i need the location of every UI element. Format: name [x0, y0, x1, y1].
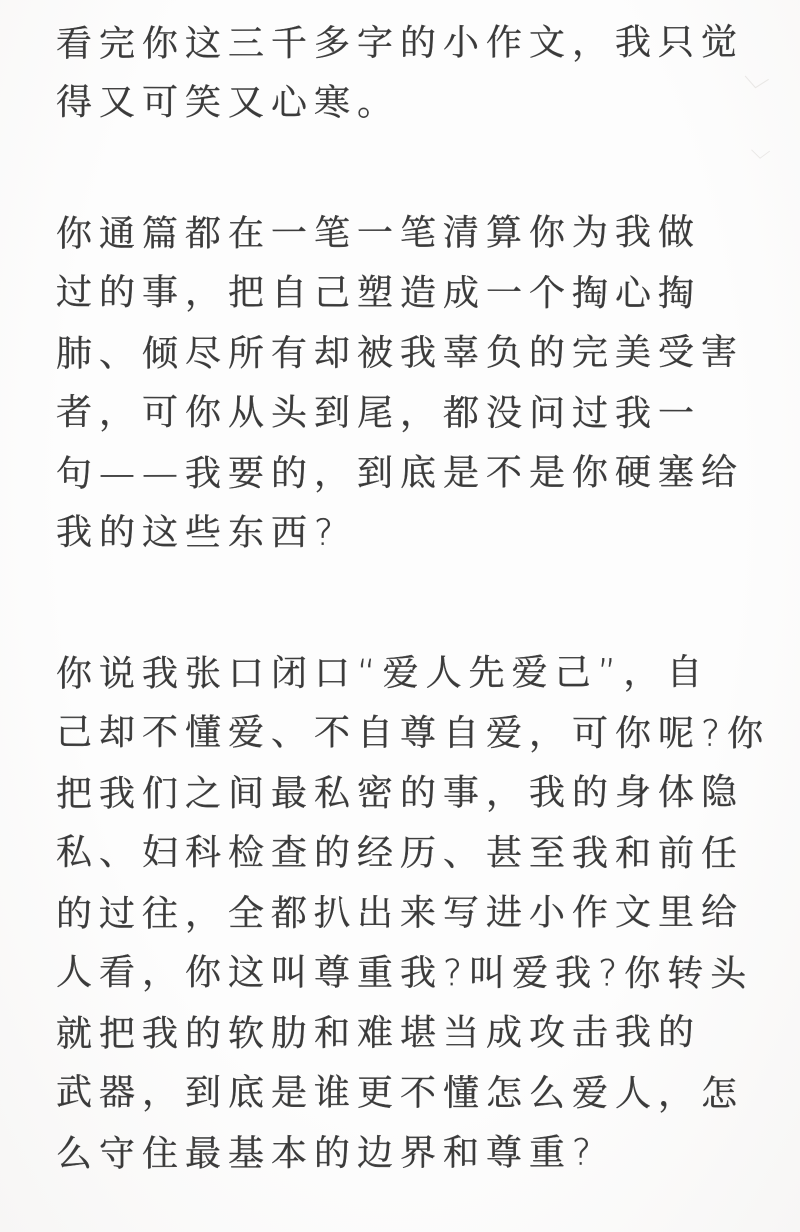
text-line: 过的事，把自己塑造成一个掏心掏 [56, 263, 770, 324]
text-line: 的过往，全都扒出来写进小作文里给 [56, 883, 770, 945]
paragraph-1: 看完你这三千多字的小作文，我只觉 得又可笑又心寒。 [56, 14, 770, 134]
text-line: 得又可笑又心寒。 [56, 73, 770, 134]
handwritten-note-page: ﹀ ﹀ 看完你这三千多字的小作文，我只觉 得又可笑又心寒。 你通篇都在一笔一笔清… [0, 0, 800, 1232]
note-body: 看完你这三千多字的小作文，我只觉 得又可笑又心寒。 你通篇都在一笔一笔清算你为我… [56, 14, 770, 1184]
text-line: 武器，到底是谁更不懂怎么爱人，怎 [56, 1063, 770, 1124]
text-line: 己却不懂爱、不自尊自爱，可你呢?你 [56, 703, 770, 764]
text-line: 者，可你从头到尾，都没问过我一 [56, 383, 770, 444]
text-line: 肺、倾尽所有却被我辜负的完美受害 [56, 323, 770, 385]
paragraph-3: 你说我张口闭口“爱人先爱己”，自 己却不懂爱、不自尊自爱，可你呢?你 把我们之间… [56, 644, 770, 1184]
paragraph-2: 你通篇都在一笔一笔清算你为我做 过的事，把自己塑造成一个掏心掏 肺、倾尽所有却被… [56, 204, 770, 564]
text-line: 句——我要的，到底是不是你硬塞给 [56, 443, 770, 505]
text-line: 你说我张口闭口“爱人先爱己”，自 [56, 643, 770, 705]
text-line: 你通篇都在一笔一笔清算你为我做 [56, 203, 770, 265]
text-line: 把我们之间最私密的事，我的身体隐 [56, 763, 770, 825]
text-line: 就把我的软肋和难堪当成攻击我的 [56, 1003, 770, 1065]
text-line: 看完你这三千多字的小作文，我只觉 [56, 13, 770, 75]
text-line: 私、妇科检查的经历、甚至我和前任 [56, 823, 770, 884]
text-line: 我的这些东西? [56, 503, 770, 564]
text-line: 人看，你这叫尊重我?叫爱我?你转头 [56, 943, 770, 1004]
text-line: 么守住最基本的边界和尊重? [56, 1123, 770, 1185]
